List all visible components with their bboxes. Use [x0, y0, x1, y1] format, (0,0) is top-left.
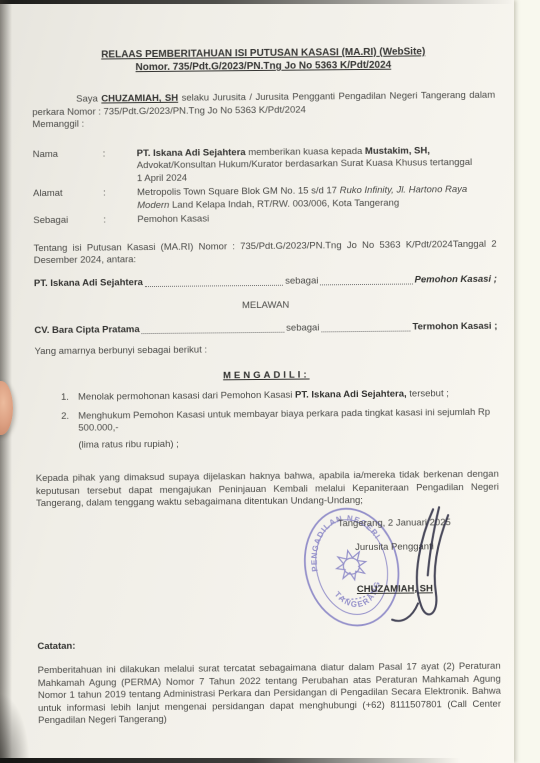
- table-row-sebagai: Sebagai : Pemohon Kasasi: [33, 211, 496, 228]
- pemohon-role: Pemohon Kasasi ;: [414, 273, 496, 286]
- item1-a: Menolak permohonan kasasi dari Pemohon K…: [78, 390, 295, 403]
- termohon-name: CV. Bara Cipta Pratama: [34, 324, 139, 338]
- catatan-heading: Catatan:: [37, 636, 500, 653]
- pemohon-line: PT. Iskana Adi Sejahtera sebagai Pemohon…: [34, 273, 497, 290]
- intro-paragraph: Saya CHUZAMIAH, SH selaku Jurusita / Jur…: [32, 90, 495, 132]
- photo-edge-bottom: [0, 758, 460, 763]
- dot-leader: [142, 323, 285, 334]
- company-name: PT. Iskana Adi Sejahtera: [137, 147, 246, 159]
- alamat-part1: Metropolis Town Square Blok GM No. 15 s/…: [137, 185, 340, 198]
- nama-line3: 1 April 2024: [137, 172, 187, 183]
- mengadili-text: MENGADILI:: [223, 369, 310, 381]
- item2-sub: (lima ratus ribu rupiah) ;: [78, 435, 498, 452]
- verdict-item-1: 1. Menolak permohonan kasasi dari Pemoho…: [61, 388, 498, 405]
- table-row-alamat: Alamat : Metropolis Town Square Blok GM …: [33, 184, 496, 213]
- item1-c: tersebut ;: [407, 388, 449, 399]
- nama-line2: Advokat/Konsultan Hukum/Kurator berdasar…: [137, 157, 472, 171]
- sebagai-word: sebagai: [286, 322, 319, 335]
- officer-name: CHUZAMIAH, SH: [101, 93, 178, 105]
- item2-number: 2.: [61, 410, 78, 452]
- sebagai-word: sebagai: [285, 275, 318, 288]
- item2-text: Menghukum Pemohon Kasasi untuk membayar …: [78, 406, 498, 452]
- nama-value: PT. Iskana Adi Sejahtera memberikan kuas…: [137, 144, 496, 185]
- verdict-list: 1. Menolak permohonan kasasi dari Pemoho…: [35, 388, 499, 452]
- document-title: RELAAS PEMBERITAHUAN ISI PUTUSAN KASASI …: [32, 45, 495, 75]
- intro-prefix: Saya: [76, 93, 101, 104]
- recipient-table: Nama : PT. Iskana Adi Sejahtera memberik…: [33, 144, 497, 227]
- nama-label: Nama: [33, 148, 103, 161]
- item1-text: Menolak permohonan kasasi dari Pemohon K…: [78, 388, 498, 405]
- dot-leader: [320, 275, 412, 286]
- sebagai-colon: :: [103, 214, 137, 227]
- signature-ink: [377, 505, 466, 630]
- mengadili-heading: MENGADILI:: [35, 367, 498, 384]
- document-photo: RELAAS PEMBERITAHUAN ISI PUTUSAN KASASI …: [0, 0, 540, 763]
- nama-mid-text: memberikan kuasa kepada: [246, 145, 365, 157]
- verdict-item-2: 2. Menghukum Pemohon Kasasi untuk membay…: [61, 406, 498, 452]
- table-row-nama: Nama : PT. Iskana Adi Sejahtera memberik…: [33, 144, 496, 186]
- alamat-colon: :: [103, 187, 137, 200]
- attorney-name: Mustakim, SH,: [365, 145, 430, 157]
- memanggil-label: Memanggil :: [32, 119, 84, 130]
- nama-colon: :: [103, 148, 137, 161]
- item1-b: PT. Iskana Adi Sejahtera,: [295, 389, 407, 401]
- alamat-value: Metropolis Town Square Blok GM No. 15 s/…: [137, 184, 496, 212]
- tentang-paragraph: Tentang isi Putusan Kasasi (MA.RI) Nomor…: [34, 238, 497, 267]
- dot-leader: [145, 276, 283, 287]
- document-content: RELAAS PEMBERITAHUAN ISI PUTUSAN KASASI …: [0, 0, 518, 728]
- melawan-heading: MELAWAN: [34, 298, 497, 315]
- photo-edge-top: [0, 0, 540, 4]
- alamat-part3: Land Kelapa Indah, RT/RW. 003/006, Kota …: [169, 197, 399, 210]
- amar-intro: Yang amarnya berbunyi sebagai berikut :: [35, 342, 498, 359]
- alamat-label: Alamat: [33, 187, 103, 200]
- sebagai-label: Sebagai: [33, 214, 103, 227]
- pemohon-name: PT. Iskana Adi Sejahtera: [34, 277, 143, 291]
- item1-number: 1.: [61, 392, 78, 405]
- sebagai-value: Pemohon Kasasi: [137, 211, 496, 227]
- item2-main: Menghukum Pemohon Kasasi untuk membayar …: [78, 406, 490, 433]
- dot-leader: [321, 322, 410, 333]
- photo-corner-bottom-left: [0, 693, 30, 763]
- termohon-role: Termohon Kasasi ;: [412, 320, 497, 333]
- termohon-line: CV. Bara Cipta Pratama sebagai Termohon …: [34, 320, 497, 337]
- signature-block: PENGADILAN NEGERI TANGERANG Tangerang, 2…: [319, 516, 470, 631]
- catatan-body: Pemberitahuan ini dilakukan melalui sura…: [38, 661, 502, 728]
